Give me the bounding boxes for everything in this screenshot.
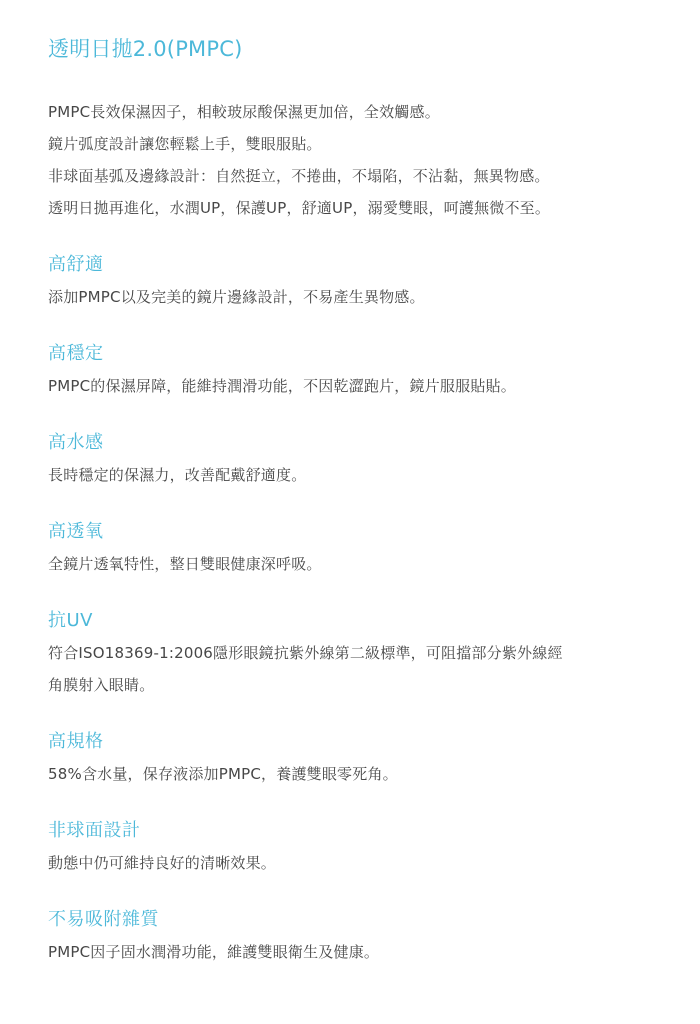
feature-section-deposit-resistant: 不易吸附雜質 PMPC因子固水潤滑功能，維護雙眼衛生及健康。 (48, 906, 700, 968)
section-heading: 高舒適 (48, 251, 700, 279)
section-text: 長時穩定的保濕力，改善配戴舒適度。 (48, 459, 700, 491)
feature-section-hydration: 高水感 長時穩定的保濕力，改善配戴舒適度。 (48, 429, 700, 491)
section-body: 添加PMPC以及完美的鏡片邊緣設計，不易產生異物感。 (48, 281, 700, 313)
intro-line: 非球面基弧及邊緣設計：自然挺立，不捲曲，不塌陷，不沾黏，無異物感。 (48, 160, 700, 192)
feature-section-aspheric: 非球面設計 動態中仍可維持良好的清晰效果。 (48, 817, 700, 879)
section-heading: 高規格 (48, 728, 700, 756)
intro-line: 透明日拋再進化，水潤UP，保護UP，舒適UP，溺愛雙眼，呵護無微不至。 (48, 192, 700, 224)
intro-paragraph: PMPC長效保濕因子，相較玻尿酸保濕更加倍，全效觸感。 鏡片弧度設計讓您輕鬆上手… (48, 96, 700, 224)
section-text: 符合ISO18369-1:2006隱形眼鏡抗紫外線第二級標準，可阻擋部分紫外線經 (48, 637, 700, 669)
section-text: 添加PMPC以及完美的鏡片邊緣設計，不易產生異物感。 (48, 281, 700, 313)
section-text: PMPC的保濕屏障，能維持潤滑功能，不因乾澀跑片，鏡片服服貼貼。 (48, 370, 700, 402)
feature-section-uv: 抗UV 符合ISO18369-1:2006隱形眼鏡抗紫外線第二級標準，可阻擋部分… (48, 607, 700, 701)
section-body: 符合ISO18369-1:2006隱形眼鏡抗紫外線第二級標準，可阻擋部分紫外線經… (48, 637, 700, 701)
section-text: PMPC因子固水潤滑功能，維護雙眼衛生及健康。 (48, 936, 700, 968)
feature-section-comfort: 高舒適 添加PMPC以及完美的鏡片邊緣設計，不易產生異物感。 (48, 251, 700, 313)
section-body: 全鏡片透氧特性，整日雙眼健康深呼吸。 (48, 548, 700, 580)
page-title: 透明日拋2.0(PMPC) (48, 34, 700, 64)
section-heading: 高穩定 (48, 340, 700, 368)
section-heading: 高透氧 (48, 518, 700, 546)
section-text: 角膜射入眼睛。 (48, 669, 700, 701)
intro-line: PMPC長效保濕因子，相較玻尿酸保濕更加倍，全效觸感。 (48, 96, 700, 128)
section-body: 動態中仍可維持良好的清晰效果。 (48, 847, 700, 879)
product-description-page: 透明日拋2.0(PMPC) PMPC長效保濕因子，相較玻尿酸保濕更加倍，全效觸感… (0, 0, 700, 968)
section-text: 58%含水量，保存液添加PMPC，養護雙眼零死角。 (48, 758, 700, 790)
section-text: 全鏡片透氧特性，整日雙眼健康深呼吸。 (48, 548, 700, 580)
section-heading: 高水感 (48, 429, 700, 457)
section-heading: 抗UV (48, 607, 700, 635)
section-body: 58%含水量，保存液添加PMPC，養護雙眼零死角。 (48, 758, 700, 790)
section-heading: 不易吸附雜質 (48, 906, 700, 934)
section-body: 長時穩定的保濕力，改善配戴舒適度。 (48, 459, 700, 491)
feature-section-oxygen: 高透氧 全鏡片透氧特性，整日雙眼健康深呼吸。 (48, 518, 700, 580)
section-text: 動態中仍可維持良好的清晰效果。 (48, 847, 700, 879)
intro-line: 鏡片弧度設計讓您輕鬆上手，雙眼服貼。 (48, 128, 700, 160)
feature-section-specs: 高規格 58%含水量，保存液添加PMPC，養護雙眼零死角。 (48, 728, 700, 790)
section-body: PMPC因子固水潤滑功能，維護雙眼衛生及健康。 (48, 936, 700, 968)
section-body: PMPC的保濕屏障，能維持潤滑功能，不因乾澀跑片，鏡片服服貼貼。 (48, 370, 700, 402)
feature-section-stability: 高穩定 PMPC的保濕屏障，能維持潤滑功能，不因乾澀跑片，鏡片服服貼貼。 (48, 340, 700, 402)
section-heading: 非球面設計 (48, 817, 700, 845)
